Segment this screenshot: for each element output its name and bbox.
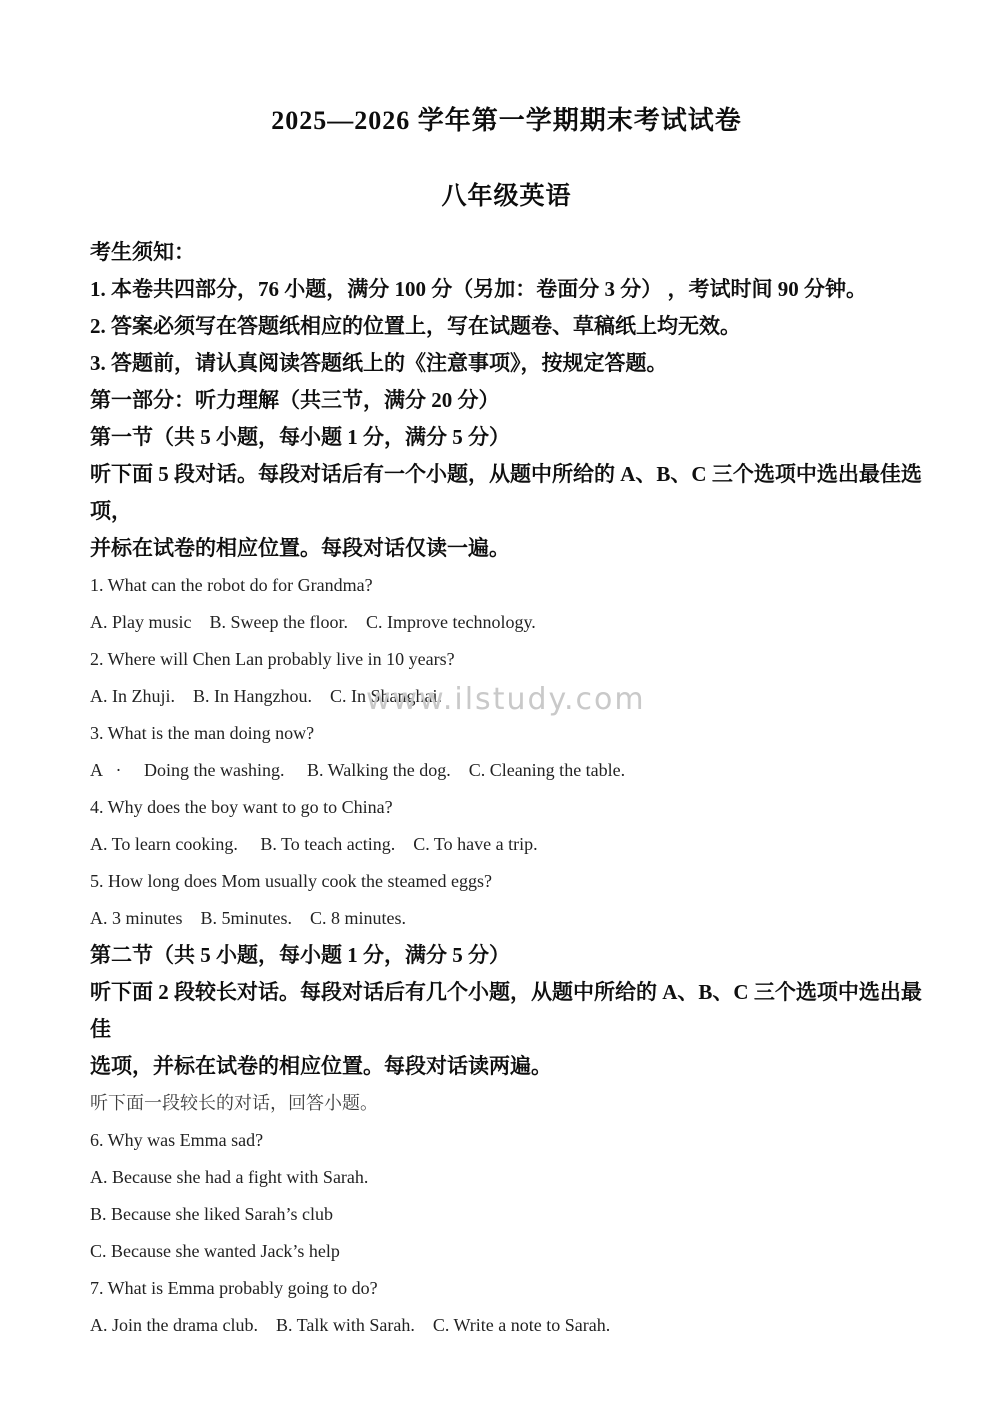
question-4: 4. Why does the boy want to go to China? (90, 789, 923, 826)
section1-instruction-line-2: 并标在试卷的相应位置。每段对话仅读一遍。 (90, 530, 923, 567)
section2-instruction-line-2: 选项，并标在试卷的相应位置。每段对话读两遍。 (90, 1048, 923, 1085)
section2-instruction-line-1: 听下面 2 段较长对话。每段对话后有几个小题，从题中所给的 A、B、C 三个选项… (90, 974, 923, 1048)
section2-sub-instruction: 听下面一段较长的对话，回答小题。 (90, 1085, 923, 1122)
exam-body: 考生须知： 1. 本卷共四部分，76 小题，满分 100 分（另加：卷面分 3 … (90, 234, 923, 1344)
notice-item-1: 1. 本卷共四部分，76 小题，满分 100 分（另加：卷面分 3 分） ，考试… (90, 271, 923, 308)
part1-heading: 第一部分：听力理解（共三节，满分 20 分） (90, 382, 923, 419)
question-1: 1. What can the robot do for Grandma? (90, 567, 923, 604)
question-6-option-a: A. Because she had a fight with Sarah. (90, 1159, 923, 1196)
exam-title: 2025—2026 学年第一学期期末考试试卷 (90, 104, 923, 138)
question-1-options: A. Play music B. Sweep the floor. C. Imp… (90, 604, 923, 641)
question-6: 6. Why was Emma sad? (90, 1122, 923, 1159)
exam-document-page: 2025—2026 学年第一学期期末考试试卷 八年级英语 考生须知： 1. 本卷… (0, 0, 993, 1404)
question-2-options: A. In Zhuji. B. In Hangzhou. C. In Shang… (90, 678, 923, 715)
question-4-options: A. To learn cooking. B. To teach acting.… (90, 826, 923, 863)
section1-instruction-line-1: 听下面 5 段对话。每段对话后有一个小题，从题中所给的 A、B、C 三个选项中选… (90, 456, 923, 530)
question-7-options: A. Join the drama club. B. Talk with Sar… (90, 1307, 923, 1344)
section1-heading: 第一节（共 5 小题，每小题 1 分，满分 5 分） (90, 419, 923, 456)
question-7: 7. What is Emma probably going to do? (90, 1270, 923, 1307)
notice-heading: 考生须知： (90, 234, 923, 271)
question-3-options: A · Doing the washing. B. Walking the do… (90, 752, 923, 789)
question-5-options: A. 3 minutes B. 5minutes. C. 8 minutes. (90, 900, 923, 937)
exam-content: 2025—2026 学年第一学期期末考试试卷 八年级英语 考生须知： 1. 本卷… (90, 0, 923, 1344)
notice-item-3: 3. 答题前，请认真阅读答题纸上的《注意事项》，按规定答题。 (90, 345, 923, 382)
section2-heading: 第二节（共 5 小题，每小题 1 分，满分 5 分） (90, 937, 923, 974)
question-3: 3. What is the man doing now? (90, 715, 923, 752)
exam-subject: 八年级英语 (90, 176, 923, 212)
notice-item-2: 2. 答案必须写在答题纸相应的位置上，写在试题卷、草稿纸上均无效。 (90, 308, 923, 345)
question-2: 2. Where will Chen Lan probably live in … (90, 641, 923, 678)
question-6-option-c: C. Because she wanted Jack’s help (90, 1233, 923, 1270)
question-5: 5. How long does Mom usually cook the st… (90, 863, 923, 900)
question-6-option-b: B. Because she liked Sarah’s club (90, 1196, 923, 1233)
